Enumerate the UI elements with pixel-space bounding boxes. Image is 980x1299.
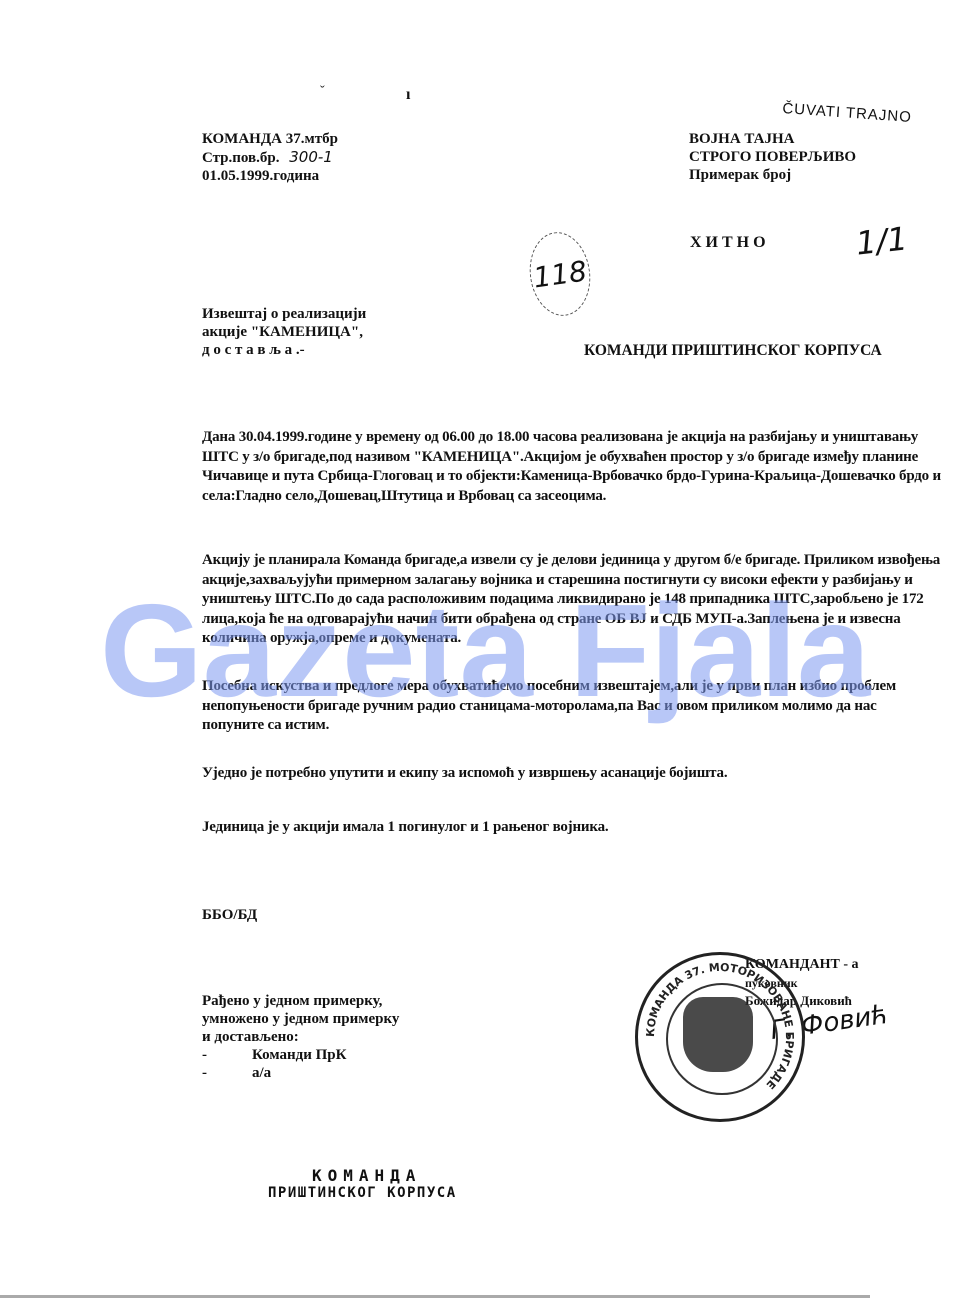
handwritten-fraction: 1/1 (854, 219, 909, 262)
distribution-block: Рађено у једном примерку, умножено у јед… (202, 992, 399, 1082)
recipient: КОМАНДИ ПРИШТИНСКОГ КОРПУСА (584, 342, 882, 360)
subject-line: акције "КАМЕНИЦА", (202, 323, 366, 341)
subject-line: д о с т а в љ а .- (202, 341, 366, 359)
subject-line: Извештај о реализацији (202, 305, 366, 323)
seal-text-ring: КОМАНДА 37. МОТОРИЗОВАНЕ БРИГАДЕ (638, 955, 802, 1119)
paragraph: Посебна искуства и предлоге мера обухват… (202, 677, 922, 736)
distribution-line: умножено у једном примерку (202, 1010, 399, 1028)
classification-strictly-confidential: СТРОГО ПОВЕРЉИВО (689, 148, 856, 166)
receipt-stamp-line1: КОМАНДА (312, 1166, 421, 1185)
page-bottom-edge (0, 1295, 870, 1298)
document-date: 01.05.1999.година (202, 167, 338, 185)
paragraph: Дана 30.04.1999.године у времену од 06.0… (202, 428, 942, 506)
official-seal: КОМАНДА 37. МОТОРИЗОВАНЕ БРИГАДЕ (635, 952, 805, 1122)
circled-handwritten-number: 118 (524, 228, 595, 320)
distribution-item: -Команди ПрК (202, 1046, 399, 1064)
receipt-stamp-line2: ПРИШТИНСКОГ КОРПУСА (268, 1185, 457, 1201)
classification-military-secret: ВОЈНА ТАЈНА (689, 130, 856, 148)
reference-code: ББО/БД (202, 906, 257, 924)
document-number: Стр.пов.бр. 300-1 (202, 148, 338, 167)
scan-mark: ˇ (320, 84, 325, 100)
paragraph: Јединица је у акцији имала 1 погинулог и… (202, 818, 942, 838)
distribution-list: -Команди ПрК -a/a (202, 1046, 399, 1082)
urgency-label: ХИТНО (690, 234, 770, 252)
paragraph: Уједно је потребно упутити и екипу за ис… (202, 764, 942, 784)
svg-text:КОМАНДА 37. МОТОРИЗОВАНЕ БРИГА: КОМАНДА 37. МОТОРИЗОВАНЕ БРИГАДЕ (644, 961, 796, 1092)
copy-number-label: Примерак број (689, 166, 856, 184)
sender-unit: КОМАНДА 37.мтбр (202, 130, 338, 148)
distribution-line: и достављено: (202, 1028, 399, 1046)
distribution-item: -a/a (202, 1064, 399, 1082)
subject-block: Извештај о реализацији акције "КАМЕНИЦА"… (202, 305, 366, 359)
classification-block: ВОЈНА ТАЈНА СТРОГО ПОВЕРЉИВО Примерак бр… (689, 130, 856, 184)
handwritten-number: 300-1 (289, 148, 333, 166)
sender-block: КОМАНДА 37.мтбр Стр.пов.бр. 300-1 01.05.… (202, 130, 338, 185)
distribution-line: Рађено у једном примерку, (202, 992, 399, 1010)
paragraph: Акцију је планирала Команда бригаде,а из… (202, 551, 942, 649)
scan-mark: ı (406, 86, 410, 104)
preserve-stamp: ČUVATI TRAJNO (782, 100, 913, 126)
